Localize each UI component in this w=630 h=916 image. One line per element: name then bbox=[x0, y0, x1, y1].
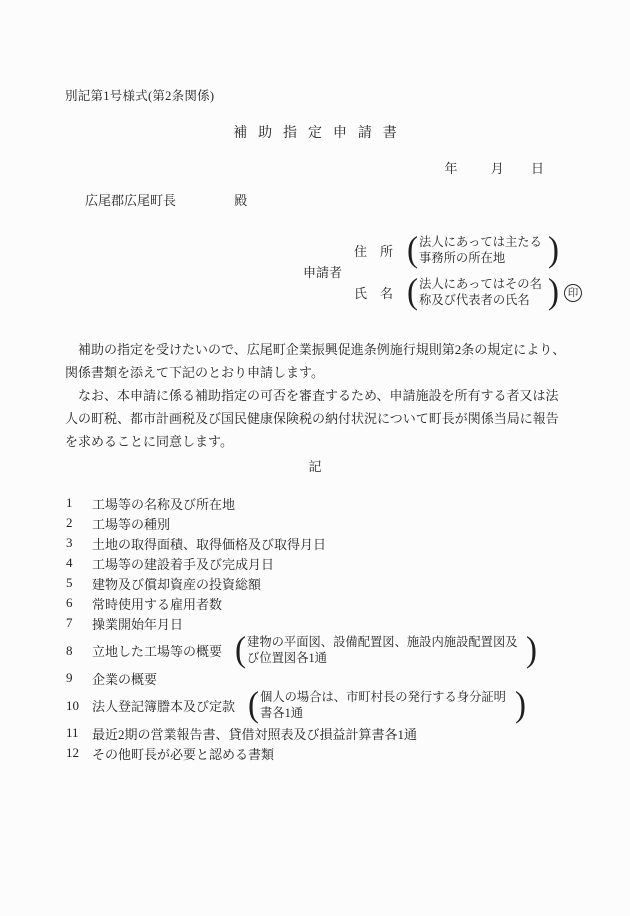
bracket-close-icon: ) bbox=[525, 633, 538, 669]
date-month-label: 月 bbox=[491, 161, 504, 176]
list-item-text: 工場等の種別 bbox=[92, 514, 170, 533]
name-label: 氏名 bbox=[354, 283, 406, 302]
required-items-list: 1 工場等の名称及び所在地 2 工場等の種別 3 土地の取得面積、取得価格及び取… bbox=[66, 493, 571, 763]
list-item: 9 企業の概要 bbox=[66, 668, 571, 688]
list-item: 3 土地の取得面積、取得価格及び取得月日 bbox=[66, 533, 571, 553]
list-item: 6 常時使用する雇用者数 bbox=[66, 593, 571, 613]
addressee-honorific: 殿 bbox=[234, 193, 247, 208]
body-paragraph-2: なお、本申請に係る補助指定の可否を審査するため、申請施設を所有する者又は法人の町… bbox=[65, 384, 570, 453]
list-item-text: 立地した工場等の概要 bbox=[92, 641, 222, 660]
list-item-number: 9 bbox=[66, 670, 92, 686]
list-item-text: 法人登記簿謄本及び定款 bbox=[92, 696, 235, 715]
applicant-rows: 住所 ( 法人にあっては主たる事務所の所在地 ) 氏名 ( 法人にあってはその名… bbox=[354, 234, 582, 309]
list-item-text: 土地の取得面積、取得価格及び取得月日 bbox=[92, 534, 326, 553]
list-item: 4 工場等の建設着手及び完成月日 bbox=[66, 553, 571, 573]
list-item-number: 12 bbox=[66, 745, 92, 761]
list-item: 5 建物及び償却資産の投資総額 bbox=[66, 573, 571, 593]
list-item-number: 7 bbox=[66, 615, 92, 631]
list-item: 1 工場等の名称及び所在地 bbox=[66, 493, 571, 513]
list-item-note: 個人の場合は、市町村長の発行する身分証明書各1通 bbox=[260, 690, 514, 721]
applicant-name-row: 氏名 ( 法人にあってはその名称及び代表者の氏名 ) 印 bbox=[354, 276, 582, 309]
bracket-close-icon: ) bbox=[547, 275, 560, 311]
list-item-number: 3 bbox=[66, 535, 92, 551]
list-item-number: 11 bbox=[66, 725, 92, 741]
applicant-label: 申請者 bbox=[303, 262, 342, 281]
bracket-open-icon: ( bbox=[234, 633, 247, 669]
list-item-text: 企業の概要 bbox=[92, 669, 157, 688]
list-item-text: その他町長が必要と認める書類 bbox=[92, 744, 274, 763]
bracket-close-icon: ) bbox=[514, 688, 527, 724]
page-title: 補助指定申請書 bbox=[0, 122, 630, 142]
list-item: 10 法人登記簿謄本及び定款 ( 個人の場合は、市町村長の発行する身分証明書各1… bbox=[66, 688, 571, 723]
list-item-number: 4 bbox=[66, 555, 92, 571]
record-heading: 記 bbox=[0, 456, 630, 475]
body-paragraph-1: 補助の指定を受けたいので、広尾町企業振興促進条例施行規則第2条の規定により、関係… bbox=[65, 338, 570, 384]
address-label: 住所 bbox=[354, 241, 406, 260]
document-page: 別記第1号様式(第2条関係) 補助指定申請書 年 月 日 広尾郡広尾町長 殿 申… bbox=[0, 0, 630, 916]
list-item-text: 常時使用する雇用者数 bbox=[92, 594, 222, 613]
list-item-text: 最近2期の営業報告書、貸借対照表及び損益計算書各1通 bbox=[92, 724, 417, 743]
list-item-bracket-note: ( 建物の平面図、設備配置図、施設内施設配置図及び位置図各1通 ) bbox=[234, 634, 538, 667]
address-note: 法人にあっては主たる事務所の所在地 bbox=[419, 235, 547, 266]
list-item-text: 建物及び償却資産の投資総額 bbox=[92, 574, 261, 593]
addressee-name: 広尾郡広尾町長 bbox=[85, 193, 176, 208]
bracket-open-icon: ( bbox=[406, 233, 419, 269]
list-item-number: 6 bbox=[66, 595, 92, 611]
addressee-line: 広尾郡広尾町長 殿 bbox=[85, 190, 247, 209]
name-note: 法人にあってはその名称及び代表者の氏名 bbox=[419, 277, 547, 308]
date-year-label: 年 bbox=[444, 161, 457, 176]
form-id: 別記第1号様式(第2条関係) bbox=[65, 86, 214, 104]
date-line: 年 月 日 bbox=[444, 158, 544, 177]
bracket-open-icon: ( bbox=[406, 275, 419, 311]
list-item-number: 1 bbox=[66, 495, 92, 511]
list-item-number: 8 bbox=[66, 643, 92, 659]
bracket-close-icon: ) bbox=[547, 233, 560, 269]
list-item: 7 操業開始年月日 bbox=[66, 613, 571, 633]
list-item-number: 10 bbox=[66, 698, 92, 714]
list-item: 8 立地した工場等の概要 ( 建物の平面図、設備配置図、施設内施設配置図及び位置… bbox=[66, 633, 571, 668]
applicant-block: 申請者 住所 ( 法人にあっては主たる事務所の所在地 ) 氏名 ( 法人にあって… bbox=[303, 234, 582, 309]
list-item-bracket-note: ( 個人の場合は、市町村長の発行する身分証明書各1通 ) bbox=[247, 689, 527, 722]
applicant-address-row: 住所 ( 法人にあっては主たる事務所の所在地 ) bbox=[354, 234, 582, 267]
list-item-text: 操業開始年月日 bbox=[92, 614, 183, 633]
list-item-number: 5 bbox=[66, 575, 92, 591]
list-item: 11 最近2期の営業報告書、貸借対照表及び損益計算書各1通 bbox=[66, 723, 571, 743]
list-item-note: 建物の平面図、設備配置図、施設内施設配置図及び位置図各1通 bbox=[247, 635, 525, 666]
bracket-open-icon: ( bbox=[247, 688, 260, 724]
body-text: 補助の指定を受けたいので、広尾町企業振興促進条例施行規則第2条の規定により、関係… bbox=[65, 338, 570, 453]
list-item-text: 工場等の建設着手及び完成月日 bbox=[92, 554, 274, 573]
date-day-label: 日 bbox=[531, 161, 544, 176]
seal-icon: 印 bbox=[564, 284, 582, 302]
list-item: 2 工場等の種別 bbox=[66, 513, 571, 533]
list-item-number: 2 bbox=[66, 515, 92, 531]
list-item: 12 その他町長が必要と認める書類 bbox=[66, 743, 571, 763]
list-item-text: 工場等の名称及び所在地 bbox=[92, 494, 235, 513]
